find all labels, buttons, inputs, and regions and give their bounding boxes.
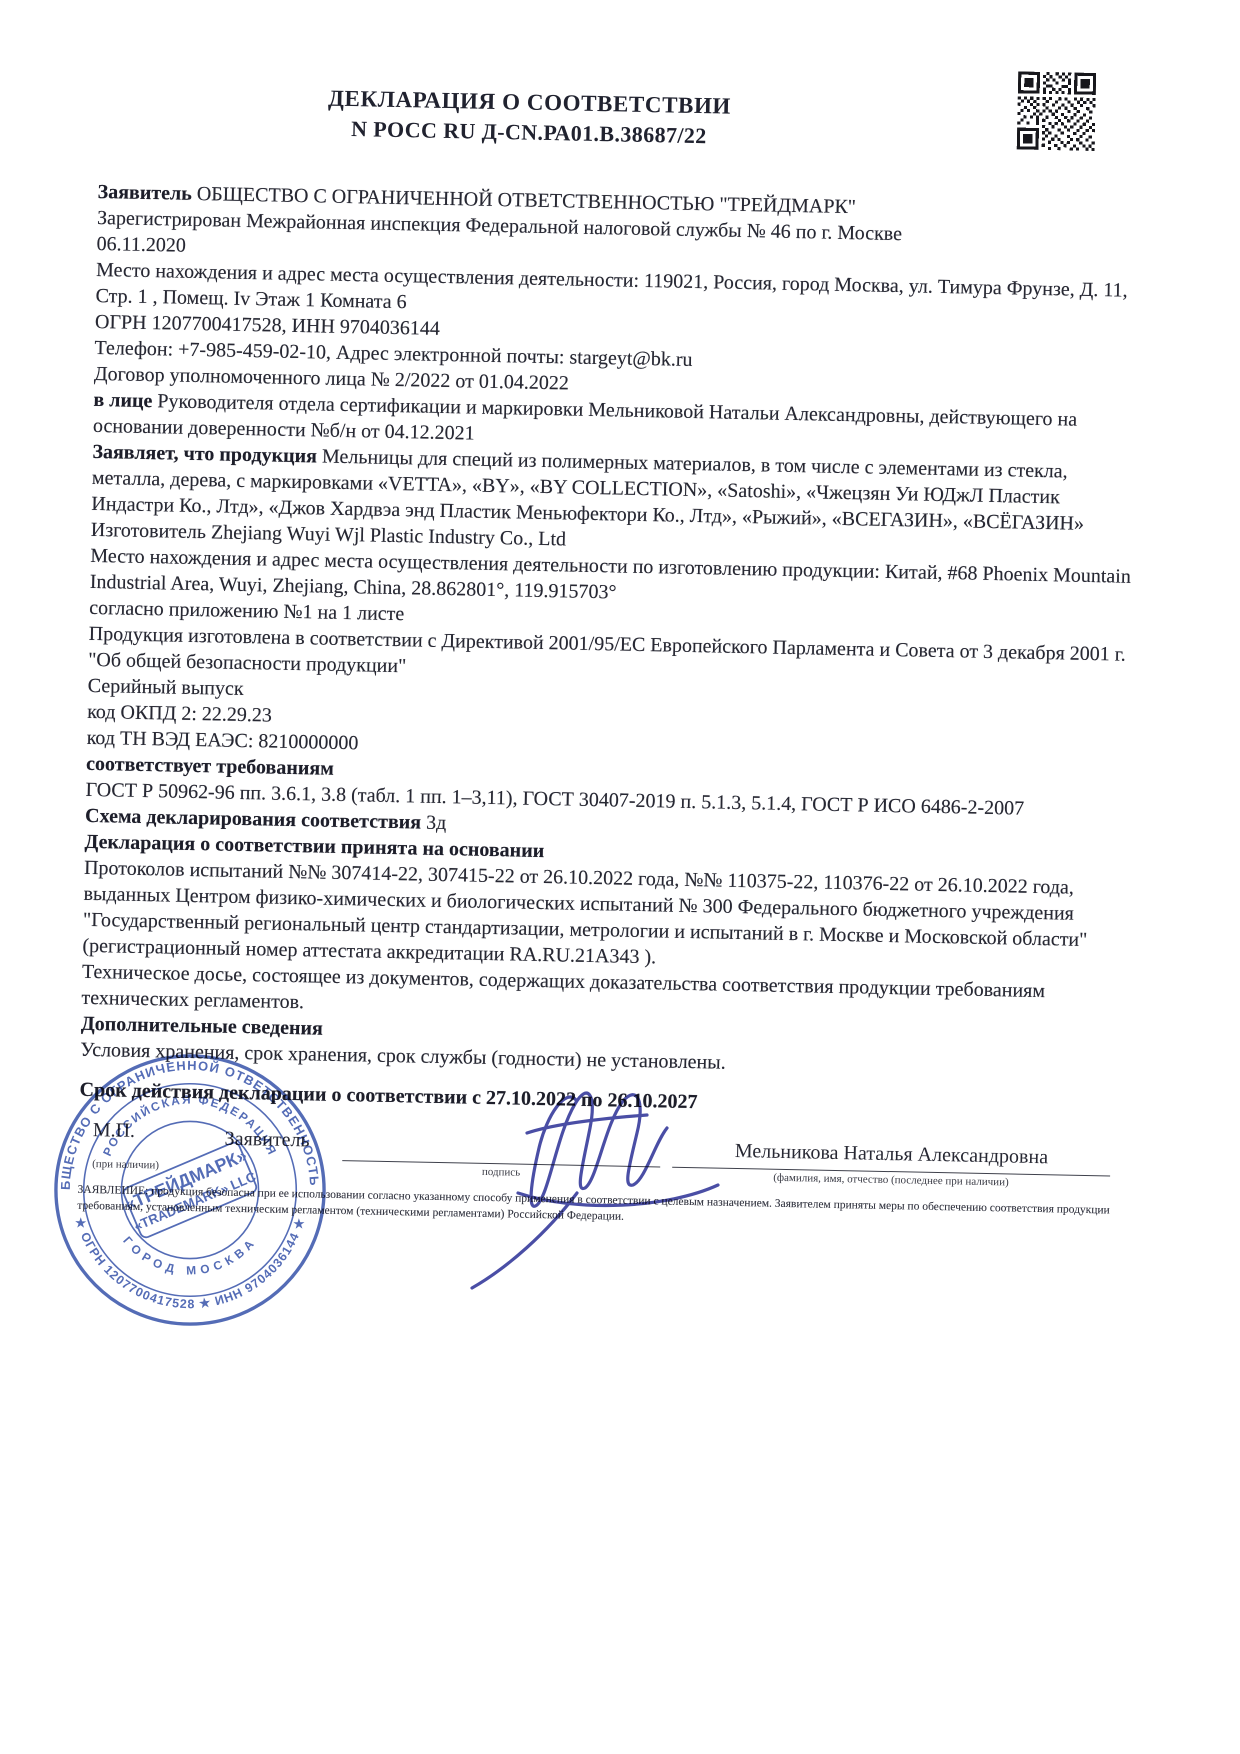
para-serial-text: Серийный выпуск (88, 675, 244, 700)
qr-code (1017, 71, 1097, 151)
document-body: Заявитель ОБЩЕСТВО С ОГРАНИЧЕННОЙ ОТВЕТС… (79, 179, 1143, 1124)
para-declaration-scheme-text: 3д (421, 812, 447, 835)
para-applicant-label: Заявитель (97, 181, 192, 205)
stamp-inner-bottom-text: ГОРОД МОСКВА (120, 1234, 260, 1278)
company-stamp: ОБЩЕСТВО С ОГРАНИЧЕННОЙ ОТВЕТСТВЕННОСТЬЮ… (46, 1046, 334, 1334)
svg-text:РОССИЙСКАЯ ФЕДЕРАЦИЯ: РОССИЙСКАЯ ФЕДЕРАЦИЯ (100, 1092, 280, 1158)
document-title-block: ДЕКЛАРАЦИЯ О СООТВЕТСТВИИ N РОСС RU Д-CN… (99, 81, 960, 154)
para-tnved-code-text: код ТН ВЭД ЕАЭС: 8210000000 (86, 727, 358, 754)
para-okpd-code-text: код ОКПД 2: 22.29.23 (87, 701, 272, 727)
para-representative-label: в лице (93, 389, 152, 412)
para-test-protocols-text: Протоколов испытаний №№ 307414-22, 30741… (82, 857, 1092, 968)
declaration-document: ДЕКЛАРАЦИЯ О СООТВЕТСТВИИ N РОСС RU Д-CN… (0, 0, 1240, 1754)
svg-text:ОБЩЕСТВО С ОГРАНИЧЕННОЙ ОТВЕТС: ОБЩЕСТВО С ОГРАНИЧЕННОЙ ОТВЕТСТВЕННОСТЬЮ (46, 1046, 322, 1190)
signature (426, 1072, 756, 1307)
para-additional-info-heading-label: Дополнительные сведения (81, 1013, 323, 1040)
para-conforms-heading-label: соответствует требованиям (86, 753, 334, 780)
svg-text:ГОРОД МОСКВА: ГОРОД МОСКВА (120, 1234, 260, 1278)
stamp-inner-top-text: РОССИЙСКАЯ ФЕДЕРАЦИЯ (100, 1092, 280, 1158)
para-product-label: Заявляет, что продукция (92, 441, 317, 468)
stamp-outer-top-text: ОБЩЕСТВО С ОГРАНИЧЕННОЙ ОТВЕТСТВЕННОСТЬЮ (46, 1046, 322, 1190)
